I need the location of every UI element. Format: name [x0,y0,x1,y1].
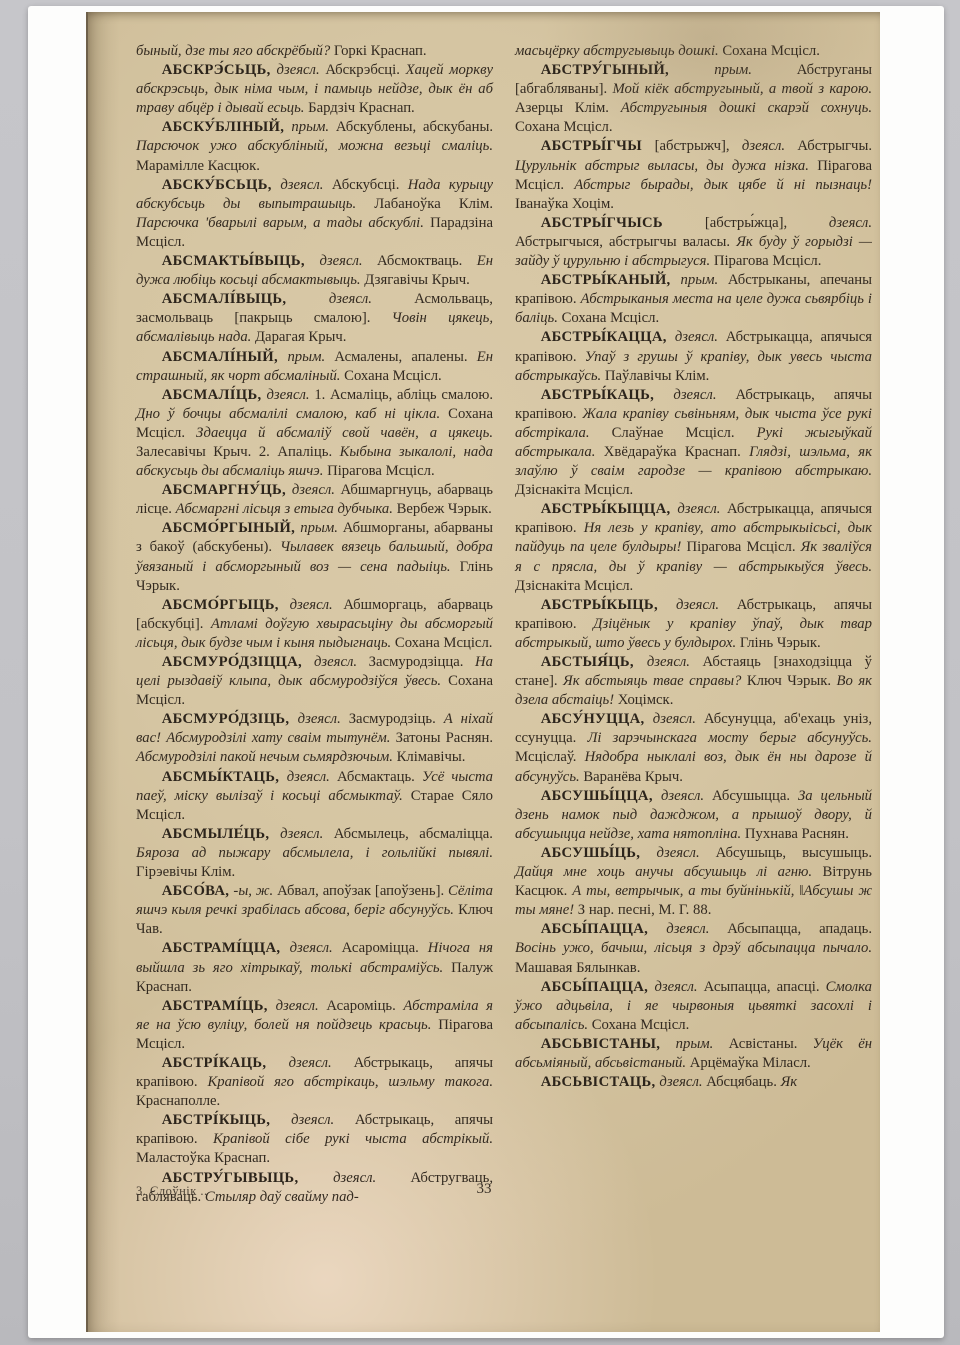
plain-run: Абскублены, абскубаны. [336,119,493,135]
plain-run: Абсыпацца, ападаць. [727,921,872,937]
headword: АБСМАЛІ́ВЫЦЬ, [162,291,329,307]
plain-run: З нар. песні, М. Г. 88. [578,902,712,918]
italic-run: дзеясл. [829,215,872,231]
italic-run: дзеясл. [653,711,704,727]
italic-run: Дно ў бочцы абсмалілі смалою, каб ні цік… [136,406,448,422]
plain-run: Глінь Чэрык. [740,635,821,651]
italic-run: Абстругыныя дошкі скарэй сохнуць. [621,100,872,116]
plain-run: Клімавічы. [397,749,466,765]
plain-run: Мсціслаў. [515,749,585,765]
italic-run: прым. [287,349,334,365]
plain-run: Засмуродзіцца. [369,654,475,670]
headword: АБСТРЫ́КЫЦЦА, [541,501,678,517]
headword: АБСТРЫ́ГЧЫ [541,138,655,154]
headword: АБСТРЫ́КАЦЬ, [541,387,674,403]
headword: АБСТЫЯ́ЦЬ, [541,654,647,670]
dictionary-entry: АБСМУРО́ДЗІЦЬ, дзеясл. Засмуродзіць. А н… [136,710,493,767]
plain-run: Абстрыгчыся, абстрыгчы валасы. [515,234,736,250]
italic-run: прым. [291,119,336,135]
headword: АБСТРЫ́ГЧЫСЬ [541,215,705,231]
italic-run: Як [781,1074,798,1090]
italic-run: Цурульнік абстрыг выласы, ды дужа нізка. [515,158,817,174]
italic-run: Мой кіёк абстругыный, а твой з карою. [613,81,872,97]
italic-run: дзеясл. [289,1055,354,1071]
plain-run: Лабаноўка Клім. [374,196,493,212]
plain-run: Пірагова Мсцісл. [687,539,801,555]
headword: АБСТРАМІ́ЦЦА, [162,940,290,956]
italic-run: дзеясл. [675,329,726,345]
plain-run: Паўлавічы Клім. [605,368,709,384]
dictionary-entry: АБСТРЫ́КАЦЬ, дзеясл. Абстрыкаць, апячы к… [515,386,872,501]
headword: АБСУ́НУЦЦА, [541,711,653,727]
dictionary-entry: АБСМАЛІ́ЦЬ, дзеясл. 1. Асмаліць, абліць … [136,386,493,481]
plain-run: Пірагова Мсцісл. [714,253,822,269]
plain-run: Іванаўка Хоцім. [515,196,614,212]
italic-run: Здаецца й абсмаліў свой чавён, а цякець. [196,425,493,441]
dictionary-entry: АБСМАРГНУ́ЦЬ, дзеясл. Абшмаргнуць, абарв… [136,481,493,519]
italic-run: дзеясл. [280,177,331,193]
headword: АБСЬВІСТАЦЬ, [541,1074,660,1090]
dictionary-text-area: быный, дзе ты яго абскрёбый? Горкі Красн… [136,42,872,1207]
plain-run: Засмуродзіць. [349,711,444,727]
italic-run: дзеясл. [280,826,334,842]
headword: АБСТРІ́КАЦЬ, [162,1055,289,1071]
dictionary-entry: АБСМО́РГЫЦЬ, дзеясл. Абшморгаць, абарвац… [136,596,493,653]
headword: АБСМУРО́ДЗІЦЦА, [162,654,314,670]
italic-run: дзеясл. [314,654,369,670]
plain-run: [абстрыжч], [655,138,742,154]
dictionary-entry: АБСМАЛІ́НЫЙ, прым. Асмалены, апалены. Ен… [136,348,493,386]
italic-run: -ы, ж. [233,883,277,899]
italic-run: дзеясл. [277,62,326,78]
dictionary-entry: АБСМО́РГЫНЫЙ, прым. Абшморганы, абарваны… [136,519,493,595]
dictionary-entry: АБСТРАМІ́ЦЬ, дзеясл. Асароміць. Абстрамі… [136,997,493,1054]
plain-run: Асыпацца, апасці. [704,979,826,995]
dictionary-entry: АБСТРЫ́КЫЦЦА, дзеясл. Абстрыкацца, апячы… [515,500,872,595]
column-right: масьцёрку абстругывыць дошкі. Сохана Мсц… [515,42,872,1207]
headword: АБСМАЛІ́НЫЙ, [162,349,288,365]
italic-run: дзеясл. [267,387,315,403]
italic-run: масьцёрку абстругывыць дошкі. [515,43,722,59]
dictionary-entry: АБСМУРО́ДЗІЦЦА, дзеясл. Засмуродзіцца. Н… [136,653,493,710]
italic-run: дзеясл. [276,998,327,1014]
plain-run: Сохана Мсцісл. [562,310,660,326]
dictionary-entry: АБСМЫЛЕ́ЦЬ, дзеясл. Абсмылець, абсмаліцц… [136,825,493,882]
headword: АБСМЫЛЕ́ЦЬ, [162,826,280,842]
headword: АБСТРЫ́КАЦЦА, [541,329,675,345]
headword: АБСКУ́БЛІНЫЙ, [162,119,292,135]
plain-run: Абвал, апоўзак [апоўзень]. [277,883,448,899]
italic-run: дзеясл. [287,769,337,785]
plain-run: Марамілле Касцюк. [136,158,260,174]
dictionary-entry: АБСТРУ́ГЫНЫЙ, прым. Абструганы [абгабляв… [515,61,872,137]
plain-run: Вербеж Чэрык. [397,501,492,517]
plain-run: Абстрыгчы. [797,138,872,154]
dictionary-entry: АБСО́ВА, -ы, ж. Абвал, апоўзак [апоўзень… [136,882,493,939]
dictionary-entry: АБСТРЫ́ГЧЫ [абстрыжч], дзеясл. Абстрыгчы… [515,137,872,213]
dictionary-entry: АБСМАКТЫ́ВЫЦЬ, дзеясл. Абсмоктваць. Ен д… [136,252,493,290]
italic-run: дзеясл. [673,387,735,403]
headword: АБСО́ВА, [162,883,234,899]
italic-run: Абсмаргні лісьця з етыга дубчыка. [176,501,397,517]
italic-run: дзеясл. [290,940,342,956]
plain-run: Абсушыцца. [712,788,798,804]
italic-run: дзеясл. [659,1074,706,1090]
headword: АБСМАЛІ́ЦЬ, [162,387,267,403]
headword: АБСТРЫ́КАНЫЙ, [541,272,681,288]
plain-run: Асароміцца. [342,940,428,956]
plain-run: Маластоўка Краснап. [136,1150,270,1166]
plain-run: Затоны Раснян. [396,730,493,746]
plain-run: Пухнава Раснян. [745,826,849,842]
italic-run: дзеясл. [298,711,349,727]
plain-run: Дзягавічы Крыч. [364,272,470,288]
italic-run: дзеясл. [290,597,344,613]
plain-run: Асароміць. [326,998,403,1014]
italic-run: Крапівой яго абстрікаць, шэльму такога. [207,1074,493,1090]
headword: АБСМАРГНУ́ЦЬ, [162,482,292,498]
italic-run: дзеясл. [661,788,712,804]
italic-run: дзеясл. [742,138,797,154]
plain-run: Дарагая Крыч. [255,329,346,345]
headword: АБСТРІ́КЫЦЬ, [162,1112,291,1128]
plain-run: Пірагова Мсцісл. [327,463,435,479]
italic-run: Бяроза ад пыжару абсмылела, і гольлійкі … [136,845,493,861]
plain-run: Гірэевічы Клім. [136,864,235,880]
headword: АБСМЫ́КТАЦЬ, [162,769,287,785]
plain-run: Асмалены, апалены. [334,349,476,365]
headword: АБСКУ́БСЬЦЬ, [162,177,281,193]
headword: АБСУШЫ́ЦЬ, [541,845,657,861]
italic-run: быный, дзе ты яго абскрёбый? [136,43,334,59]
plain-run: Слаўнае Мсцісл. [612,425,757,441]
dictionary-entry: АБСТРЫ́КАНЫЙ, прым. Абстрыканы, апечаны … [515,271,872,328]
headword: АБСЬВІСТАНЫ, [541,1036,676,1052]
dictionary-entry: АБСТРАМІ́ЦЦА, дзеясл. Асароміцца. Нічога… [136,939,493,996]
dictionary-entry: АБСЫ́ПАЦЦА, дзеясл. Абсыпацца, ападаць. … [515,920,872,977]
headword: АБСМО́РГЫНЫЙ, [162,520,301,536]
dictionary-entry: АБСТРІ́КЫЦЬ, дзеясл. Абстрыкаць, апячы к… [136,1111,493,1168]
dictionary-entry: АБСУШЫ́ЦЦА, дзеясл. Абсушыцца. За цельны… [515,787,872,844]
headword: АБСУШЫ́ЦЦА, [541,788,661,804]
plain-run: Сохана Мсцісл. [722,43,820,59]
headword: АБСМУРО́ДЗІЦЬ, [162,711,298,727]
dictionary-entry: АБСМАЛІ́ВЫЦЬ, дзеясл. Асмольваць, засмол… [136,290,493,347]
italic-run: Лі зарэчынскага мосту берыг абсунуўсь. [587,730,872,746]
plain-run: Краснаполле. [136,1093,220,1109]
dictionary-entry: АБСТРЫ́КЫЦЬ, дзеясл. Абстрыкаць, апячы к… [515,596,872,653]
italic-run: Парсючок ужо абскубліный, можна везьці с… [136,138,493,154]
plain-run: Хвёдараўка Краснап. [604,444,749,460]
headword: АБСЫ́ПАЦЦА, [541,979,655,995]
italic-run: Крапівой сібе рукі чыста абстрікый. [213,1131,493,1147]
dictionary-entry: АБСТРЫ́КАЦЦА, дзеясл. Абстрыкацца, апячы… [515,328,872,385]
italic-run: прым. [676,1036,729,1052]
italic-run: прым. [714,62,797,78]
italic-run: дзеясл. [291,1112,355,1128]
continuation-paragraph: быный, дзе ты яго абскрёбый? Горкі Красн… [136,42,493,61]
italic-run: Восінь ужо, бачыш, лісьця з дрэў абсыпац… [515,940,872,956]
plain-run: Варанёва Крыч. [583,769,683,785]
plain-run: Арцёмаўка Міласл. [690,1055,811,1071]
plain-run: Горкі Краснап. [334,43,427,59]
dictionary-entry: АБСКУ́БЛІНЫЙ, прым. Абскублены, абскубан… [136,118,493,175]
italic-run: Абстрыг бырады, дык цябе й ні пызнаць! [574,177,872,193]
plain-run: Абсмылець, абсмаліцца. [334,826,493,842]
plain-run: Дзіснакіта Мсцісл. [515,482,633,498]
dictionary-entry: АБСУ́НУЦЦА, дзеясл. Абсунуцца, аб'ехаць … [515,710,872,786]
plain-run: Асвістаны. [729,1036,813,1052]
dictionary-entry: АБСКРЭ́СЬЦЬ, дзеясл. Абскрэбсці. Хацей м… [136,61,493,118]
dictionary-entry: АБСТРЫ́ГЧЫСЬ [абстры́жца], дзеясл. Абстр… [515,214,872,271]
dictionary-entry: АБСЬВІСТАНЫ, прым. Асвістаны. Уцёк ён аб… [515,1035,872,1073]
plain-run: Сохана Мсцісл. [515,119,613,135]
book-page: быный, дзе ты яго абскрёбый? Горкі Красн… [86,12,880,1332]
plain-run: Абсмактаць. [337,769,422,785]
dictionary-entry: АБСМЫ́КТАЦЬ, дзеясл. Абсмактаць. Усё чыс… [136,768,493,825]
dictionary-entry: АБСУШЫ́ЦЬ, дзеясл. Абсушыць, высушыць. Д… [515,844,872,920]
column-left: быный, дзе ты яго абскрёбый? Горкі Красн… [136,42,493,1207]
headword: АБСТРУ́ГЫНЫЙ, [541,62,715,78]
italic-run: дзеясл. [677,501,727,517]
plain-run: Сохана Мсцісл. [395,635,493,651]
plain-run: Абсцябаць. [706,1074,780,1090]
italic-run: дзеясл. [329,291,414,307]
italic-run: дзеясл. [666,921,727,937]
plain-run: Машавая Бялынкав. [515,960,640,976]
plain-run: [абстры́жца], [705,215,829,231]
plain-run: Хоцімск. [618,692,674,708]
headword: АБСМАКТЫ́ВЫЦЬ, [162,253,320,269]
italic-run: дзеясл. [292,482,341,498]
italic-run: дзеясл. [320,253,378,269]
italic-run: Дайця мне хоць анучы абсушыць лі агню. [515,864,822,880]
plain-run: 1. Асмаліць, абліць смалою. [314,387,493,403]
headword: АБСЫ́ПАЦЦА, [541,921,667,937]
plain-run: Сохана Мсцісл. [592,1017,690,1033]
italic-run: дзеясл. [676,597,737,613]
dictionary-entry: АБСЬВІСТАЦЬ, дзеясл. Абсцябаць. Як [515,1073,872,1092]
italic-run: дзеясл. [657,845,716,861]
dictionary-entry: АБСТРІ́КАЦЬ, дзеясл. Абстрыкаць, апячы к… [136,1054,493,1111]
headword: АБСТРАМІ́ЦЬ, [162,998,276,1014]
continuation-paragraph: масьцёрку абстругывыць дошкі. Сохана Мсц… [515,42,872,61]
plain-run: Абскрэбсці. [325,62,405,78]
headword: АБСКРЭ́СЬЦЬ, [162,62,277,78]
dictionary-entry: АБСТЫЯ́ЦЬ, дзеясл. Абстаяць [знаходзіцца… [515,653,872,710]
headword: АБСМО́РГЫЦЬ, [162,597,290,613]
plain-run: Залесавічы Крыч. 2. Апаліць. [136,444,340,460]
page-number: 33 [88,1181,880,1198]
italic-run: Абсмуродзілі пакой нечым сьмярдзючым. [136,749,397,765]
plain-run: Абсмоктваць. [377,253,477,269]
headword: АБСТРЫ́КЫЦЬ, [541,597,676,613]
italic-run: Як абстыяць твае справы? [563,673,747,689]
dictionary-entry: АБСКУ́БСЬЦЬ, дзеясл. Абскубсці. Нада кур… [136,176,493,252]
italic-run: дзеясл. [647,654,703,670]
italic-run: прым. [300,520,343,536]
plain-run: Абсушыць, высушыць. [716,845,872,861]
plain-run: Абскубсці. [332,177,408,193]
italic-run: дзеясл. [655,979,704,995]
plain-run: Бардзіч Краснап. [308,100,415,116]
plain-run: Сохана Мсцісл. [344,368,442,384]
italic-run: прым. [681,272,728,288]
plain-run: Дзіснакіта Мсцісл. [515,578,633,594]
plain-run: Ключ Чэрык. [747,673,837,689]
dictionary-entry: АБСЫ́ПАЦЦА, дзеясл. Асыпацца, апасці. См… [515,978,872,1035]
plain-run: Азерцы Клім. [515,100,621,116]
italic-run: Парсючка 'бварылі варым, а тады абскублі… [136,215,430,231]
